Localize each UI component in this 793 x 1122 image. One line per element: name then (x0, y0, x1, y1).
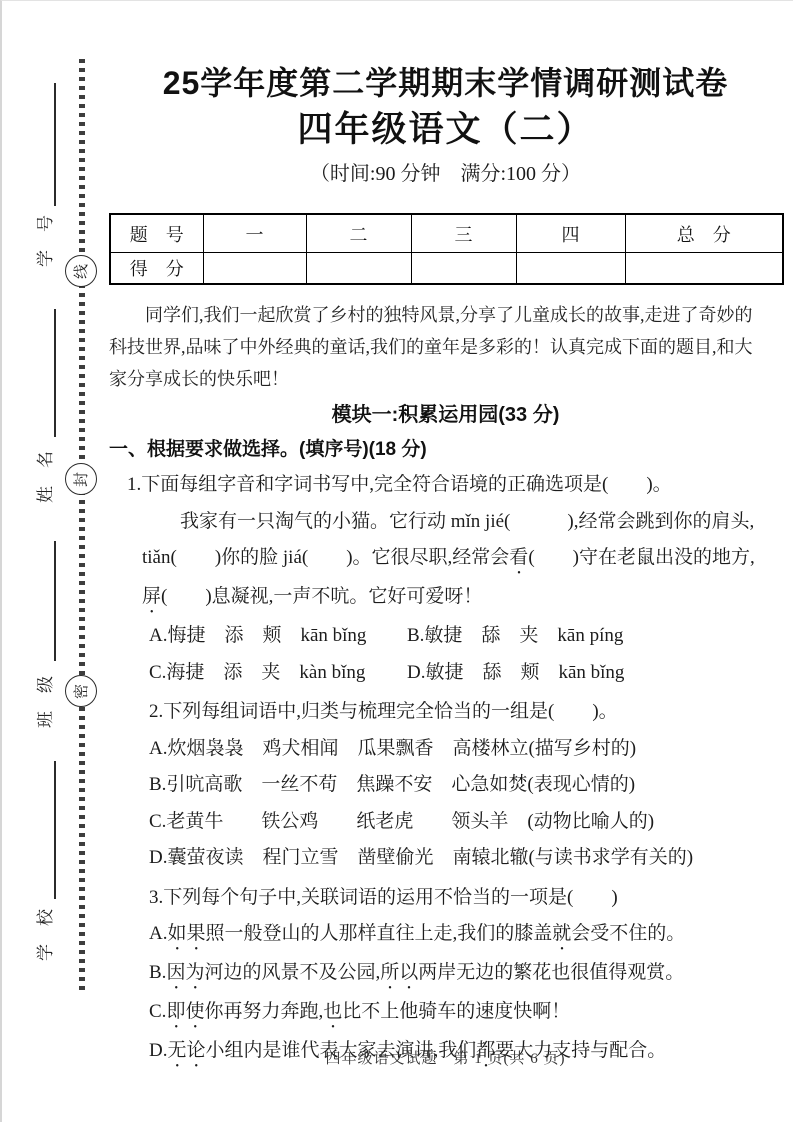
passage-line: 我家有一只淘气的小猫。它行动 mǐn jié( ),经常会跳到你的肩头, (109, 504, 782, 541)
exam-time-score-info: （时间:90 分钟 满分:100 分） (109, 161, 782, 187)
seal-char-xian: 线 (65, 255, 97, 287)
option-b: B.引吭高歌 一丝不苟 焦躁不安 心急如焚(表现心情的) (109, 767, 782, 804)
question-1-passage: 我家有一只淘气的小猫。它行动 mǐn jié( ),经常会跳到你的肩头, tiǎ… (109, 504, 782, 619)
main-content: 25学年度第二学期期末学情调研测试卷 四年级语文（二） （时间:90 分钟 满分… (109, 1, 782, 1072)
score-table-col-4: 四 (516, 214, 625, 253)
name-blank-line (54, 309, 56, 437)
score-table-score-row: 得 分 (110, 253, 783, 285)
score-cell (306, 253, 411, 285)
option-c: C.老黄牛 铁公鸡 纸老虎 领头羊 (动物比喻人的) (109, 804, 782, 841)
question-3-stem: 3.下列每个句子中,关联词语的运用不恰当的一项是( ) (109, 880, 782, 917)
question-3: 3.下列每个句子中,关联词语的运用不恰当的一项是( ) A.如果照一般登山的人那… (109, 880, 782, 1073)
question-2-stem: 2.下列每组词语中,归类与梳理完全恰当的一组是( )。 (109, 694, 782, 731)
score-cell (411, 253, 516, 285)
option-a: A.悔捷 添 颊 kān bǐng (149, 618, 407, 655)
option-b: B.敏捷 舔 夹 kān píng (407, 618, 782, 655)
seal-char-label: 封 (70, 471, 91, 486)
score-cell (625, 253, 783, 285)
section-1-heading: 一、根据要求做选择。(填序号)(18 分) (109, 436, 782, 464)
score-table-corner: 题 号 (110, 214, 203, 253)
passage-line: 屏( )息凝视,一声不吭。它好可爱呀！ (109, 579, 782, 618)
seal-char-label: 密 (70, 683, 91, 698)
option-d: D.囊萤夜读 程门立雪 凿壁偷光 南辕北辙(与读书求学有关的) (109, 840, 782, 877)
intro-line: 家分享成长的快乐吧！ (109, 363, 782, 395)
intro-line: 同学们,我们一起欣赏了乡村的独特风景,分享了儿童成长的故事,走进了奇妙的 (109, 299, 782, 331)
class-blank-line (54, 541, 56, 661)
option-b: B.因为河边的风景不及公园,所以两岸无边的繁花也很值得观赏。 (109, 955, 782, 994)
option-a: A.炊烟袅袅 鸡犬相闻 瓜果飘香 高楼林立(描写乡村的) (109, 731, 782, 768)
question-1: 1.下面每组字音和字词书写中,完全符合语境的正确选项是( )。 我家有一只淘气的… (109, 467, 782, 691)
question-1-options: A.悔捷 添 颊 kān bǐng B.敏捷 舔 夹 kān píng C.海捷… (109, 618, 782, 691)
option-a: A.如果照一般登山的人那样直往上走,我们的膝盖就会受不住的。 (109, 916, 782, 955)
score-table-header-row: 题 号 一 二 三 四 总 分 (110, 214, 783, 253)
intro-paragraph: 同学们,我们一起欣赏了乡村的独特风景,分享了儿童成长的故事,走进了奇妙的 科技世… (109, 299, 782, 395)
score-row-label: 得 分 (110, 253, 203, 285)
question-1-stem: 1.下面每组字音和字词书写中,完全符合语境的正确选项是( )。 (109, 467, 782, 504)
student-id-blank-line (54, 83, 56, 206)
page-footer: 四年级语文试题 第 1 页(共 6 页) (109, 1047, 782, 1068)
exam-paper-page: 线 封 密 学号 姓名 班级 学校 25学年度第二学期期末学情调研测试卷 四年级… (0, 0, 793, 1122)
seal-dotted-line (79, 59, 85, 993)
option-d: D.敏捷 舔 颊 kān bǐng (407, 655, 782, 692)
module-1-heading: 模块一:积累运用园(33 分) (109, 400, 782, 430)
score-table-col-1: 一 (203, 214, 306, 253)
intro-line: 科技世界,品味了中外经典的童话,我们的童年是多彩的！认真完成下面的题目,和大 (109, 331, 782, 363)
side-label-student-id: 学号 (34, 205, 58, 285)
seal-char-mi: 密 (65, 675, 97, 707)
question-2: 2.下列每组词语中,归类与梳理完全恰当的一组是( )。 A.炊烟袅袅 鸡犬相闻 … (109, 694, 782, 877)
score-cell (516, 253, 625, 285)
score-table-col-total: 总 分 (625, 214, 783, 253)
seal-char-feng: 封 (65, 463, 97, 495)
passage-line: tiǎn( )你的脸 jiá( )。它很尽职,经常会看( )守在老鼠出没的地方, (109, 540, 782, 579)
seal-char-label: 线 (70, 263, 91, 278)
side-label-name: 姓名 (34, 441, 58, 521)
option-c: C.即使你再努力奔跑,也比不上他骑车的速度快啊！ (109, 994, 782, 1033)
side-label-school: 学校 (34, 899, 58, 979)
side-label-class: 班级 (34, 666, 58, 746)
score-table-col-3: 三 (411, 214, 516, 253)
option-c: C.海捷 添 夹 kàn bǐng (149, 655, 407, 692)
score-table: 题 号 一 二 三 四 总 分 得 分 (109, 213, 784, 285)
exam-title: 25学年度第二学期期末学情调研测试卷 (109, 61, 782, 105)
school-blank-line (54, 761, 56, 899)
exam-subtitle: 四年级语文（二） (109, 107, 782, 153)
score-cell (203, 253, 306, 285)
score-table-col-2: 二 (306, 214, 411, 253)
